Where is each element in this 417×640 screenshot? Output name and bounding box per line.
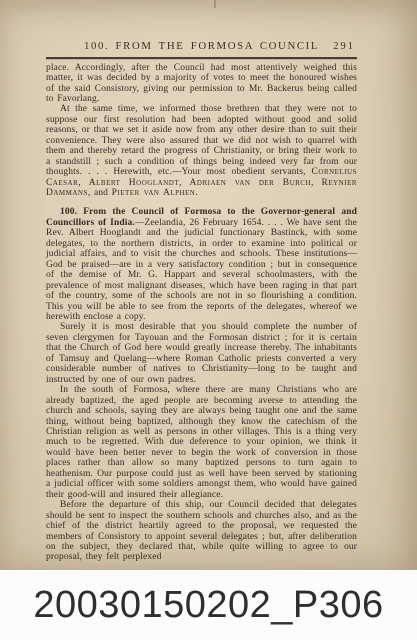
person-name: Adriaen van der Burch bbox=[190, 178, 311, 188]
paragraph: 100. From the Council of Formosa to the … bbox=[46, 207, 357, 322]
text-run: , and bbox=[88, 188, 112, 198]
text-run: . bbox=[195, 188, 198, 198]
text-block: place. Accordingly, after the Council ha… bbox=[46, 63, 357, 563]
page-number: 291 bbox=[333, 41, 355, 52]
header-rule bbox=[46, 57, 357, 59]
person-name: Albert Hooglandt bbox=[89, 178, 179, 188]
running-head-title: 100. FROM THE FORMOSA COUNCIL bbox=[46, 40, 357, 52]
text-run: Surely it is most desirable that you sho… bbox=[46, 322, 357, 384]
text-run: Before the departure of this ship, our C… bbox=[46, 500, 357, 562]
scan-label-strip: 20030150202_P306 bbox=[0, 570, 417, 640]
text-run: , bbox=[311, 178, 322, 188]
scanned-book-page: 100. FROM THE FORMOSA COUNCIL 291 place.… bbox=[0, 0, 417, 640]
text-run: In the south of Formosa, where there are… bbox=[46, 385, 357, 500]
paragraph: place. Accordingly, after the Council ha… bbox=[46, 63, 357, 105]
person-name: Pieter van Alphen bbox=[112, 188, 196, 198]
text-run: , bbox=[78, 178, 89, 188]
paragraph: In the south of Formosa, where there are… bbox=[46, 385, 357, 500]
scan-label: 20030150202_P306 bbox=[33, 584, 383, 627]
paragraph: Before the departure of this ship, our C… bbox=[46, 500, 357, 563]
running-head: 100. FROM THE FORMOSA COUNCIL 291 bbox=[46, 40, 357, 54]
paragraph: Surely it is most desirable that you sho… bbox=[46, 322, 357, 385]
text-run: At the same time, we informed those bret… bbox=[46, 104, 357, 177]
paper-scan: 100. FROM THE FORMOSA COUNCIL 291 place.… bbox=[0, 0, 417, 570]
text-run: —Zeelandia, 26 February 1654. . . . We h… bbox=[46, 218, 357, 322]
text-run: place. Accordingly, after the Council ha… bbox=[46, 63, 357, 104]
paragraph: At the same time, we informed those bret… bbox=[46, 104, 357, 198]
text-run: , bbox=[179, 178, 190, 188]
text-column: 100. FROM THE FORMOSA COUNCIL 291 place.… bbox=[46, 0, 357, 563]
